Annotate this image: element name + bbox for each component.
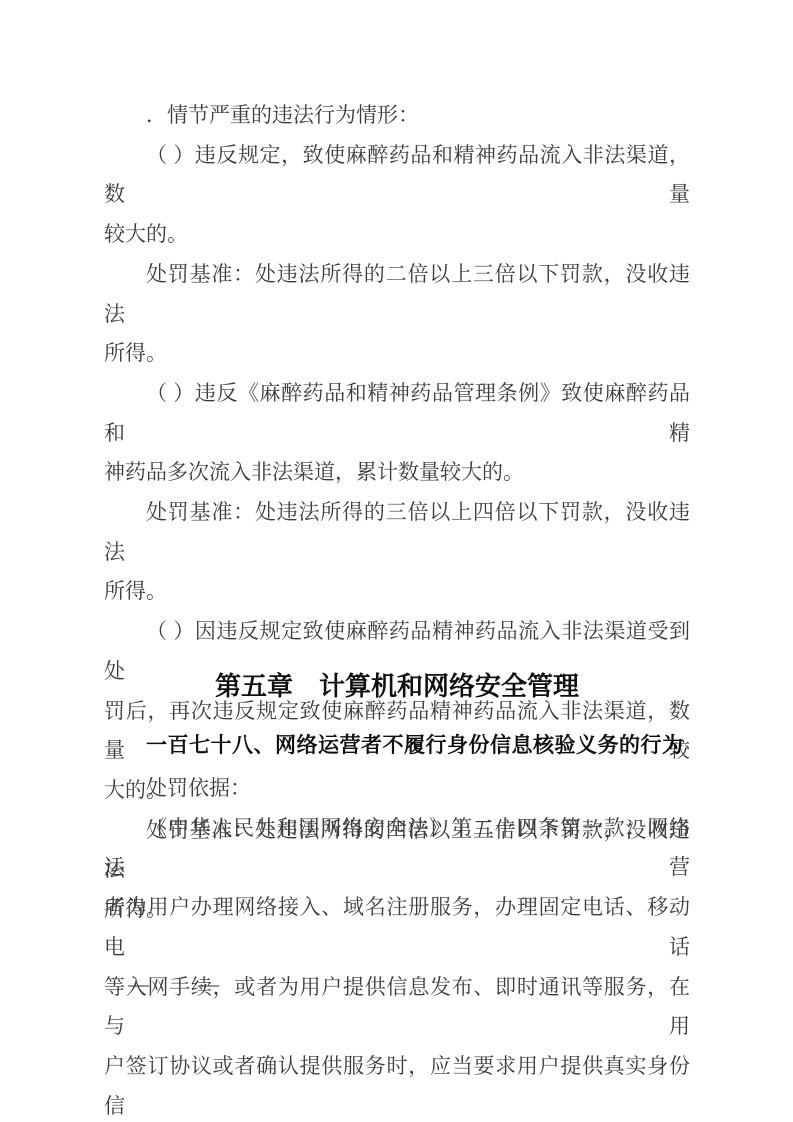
paragraph: 处罚基准：处违法所得的三倍以上四倍以下罚款，没收违法所得。 (104, 493, 690, 612)
paragraph: 处罚基准：处违法所得的二倍以上三倍以下罚款，没收违法所得。 (104, 255, 690, 374)
footer-dash-right: — (198, 972, 219, 996)
paragraph: ．情节严重的违法行为情形： (104, 96, 690, 136)
footer-dash-left: — (128, 972, 149, 996)
text-line: 处罚基准：处违法所得的三倍以上四倍以下罚款，没收违法 (104, 493, 690, 572)
text-line: 所得。 (104, 334, 690, 374)
paragraph: （ ）违反规定，致使麻醉药品和精神药品流入非法渠道，数量较大的。 (104, 136, 690, 255)
text-line: （ ）违反规定，致使麻醉药品和精神药品流入非法渠道，数量 (104, 136, 690, 215)
text-line: ．情节严重的违法行为情形： (104, 96, 690, 136)
item-heading: 一百七十八、网络运营者不履行身份信息核验义务的行为 (104, 728, 690, 764)
text-line: 所得。 (104, 572, 690, 612)
paragraph: 《中华人民共和国网络安全法》第二十四条第一款：网络运营者为用户办理网络接入、域名… (104, 809, 690, 1122)
chapter-heading: 第五章 计算机和网络安全管理 (104, 666, 690, 706)
document-page: ．情节严重的违法行为情形：（ ）违反规定，致使麻醉药品和精神药品流入非法渠道，数… (0, 0, 793, 1122)
body-text-block-bottom: 处罚依据：《中华人民共和国网络安全法》第二十四条第一款：网络运营者为用户办理网络… (104, 769, 690, 1122)
text-line: 户签订协议或者确认提供服务时，应当要求用户提供真实身份信 (104, 1047, 690, 1122)
text-line: 神药品多次流入非法渠道，累计数量较大的。 (104, 453, 690, 493)
text-line: 《中华人民共和国网络安全法》第二十四条第一款：网络运营 (104, 809, 690, 888)
text-line: 处罚基准：处违法所得的二倍以上三倍以下罚款，没收违法 (104, 255, 690, 334)
text-line: （ ）违反《麻醉药品和精神药品管理条例》致使麻醉药品和精 (104, 374, 690, 453)
page-footer: — — (128, 972, 219, 996)
paragraph: （ ）违反《麻醉药品和精神药品管理条例》致使麻醉药品和精神药品多次流入非法渠道，… (104, 374, 690, 493)
text-line: 较大的。 (104, 215, 690, 255)
text-line: 处罚依据： (104, 769, 690, 809)
paragraph: 处罚依据： (104, 769, 690, 809)
text-line: 者为用户办理网络接入、域名注册服务，办理固定电话、移动电话 (104, 888, 690, 967)
